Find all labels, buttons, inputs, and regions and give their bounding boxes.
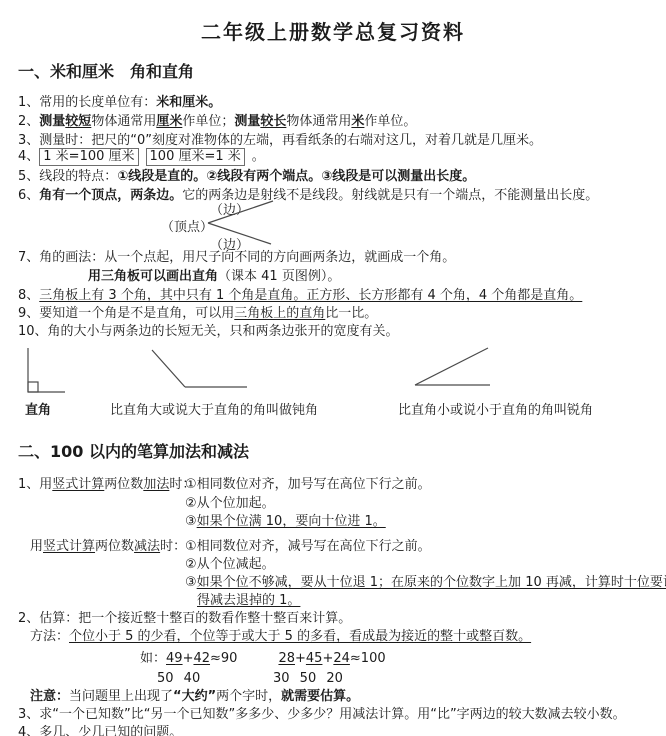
sec2-example: 如：49+42≈9028+45+24≈100 xyxy=(140,651,386,666)
sec2-add-lead: 1、用竖式计算两位数加法时： xyxy=(18,477,195,492)
text-run: ≈90 xyxy=(210,651,237,666)
text-run: （课本 41 页图例）。 xyxy=(218,269,340,284)
text-run-underline: 加法 xyxy=(143,477,169,492)
text-run: 物体通常用 xyxy=(286,114,351,129)
text-run-underline: 个位小于 5 的少看，个位等于或大于 5 的多看，看成最为接近的整十或整百数。 xyxy=(69,629,531,644)
text-run-underline: 较短 xyxy=(65,114,91,129)
text-run-underline: 如果个位不够减，要从十位退 1；在原来的个位数字上加 10 再减，计算时十位要记 xyxy=(197,575,666,590)
text-run-underline: 49 xyxy=(166,651,183,666)
text-run-bold: 测量 xyxy=(39,114,65,129)
sec2-sub-lead: 用竖式计算两位数减法时： xyxy=(30,539,186,554)
section1-heading: 一、米和厘米 角和直角 xyxy=(18,59,194,82)
text-run: 1、用 xyxy=(18,477,52,492)
sec2-sub-step1: ①相同数位对齐，减号写在高位下行之前。 xyxy=(185,539,431,554)
sec2-note: 注意：当问题里上出现了“大约”两个字时，就需要估算。 xyxy=(30,689,359,704)
sec1-item3: 3、测量时：把尺的“0”刻度对准物体的左端，再看纸条的右端对这几，对着几就是几厘… xyxy=(18,133,542,148)
text-run: 6、 xyxy=(18,188,39,203)
sec2-item2: 2、估算：把一个接近整十整百的数看作整十整百来计算。 xyxy=(18,611,351,626)
sec1-item10: 10、角的大小与两条边的长短无关，只和两条边张开的宽度有关。 xyxy=(18,324,399,339)
text-run: 时： xyxy=(160,539,186,554)
text-run: 8、 xyxy=(18,288,39,303)
text-run: ≈100 xyxy=(350,651,386,666)
sec2-add-step2: ②从个位加起。 xyxy=(185,496,275,511)
text-run-bold: 米和厘米。 xyxy=(156,95,221,110)
text-run-underline: 28 xyxy=(278,651,295,666)
text-run-underline: 厘米 xyxy=(156,114,182,129)
text-run: 两位数 xyxy=(95,539,134,554)
text-run: 用 xyxy=(30,539,43,554)
sec2-item3: 3、求“一个已知数”比“另一个已知数”多多少、少多少？用减法计算。用“比”字两边… xyxy=(18,707,626,722)
text-run: ③ xyxy=(185,575,197,590)
text-run-underline: 三角板上有 3 个角，其中只有 1 个角是直角。正方形、长方形都有 4 个角，4… xyxy=(39,288,582,303)
sec2-rounding1: 50 40 xyxy=(157,671,200,686)
text-run: 9、要知道一个角是不是直角，可以用 xyxy=(18,306,234,321)
text-run-bold: “大约” xyxy=(173,689,216,704)
obtuse-angle-label: 比直角大或说大于直角的角叫做钝角 xyxy=(110,399,318,418)
text-run-underline: 竖式计算 xyxy=(43,539,95,554)
text-run-underline: 45 xyxy=(306,651,323,666)
text-run-underline: 三角板上的直角 xyxy=(234,306,325,321)
text-run-underline: 如果个位满 10，要向十位进 1。 xyxy=(197,514,386,529)
text-run: 作单位。 xyxy=(364,114,416,129)
sec1-item2: 2、测量较短物体通常用厘米作单位；测量较长物体通常用米作单位。 xyxy=(18,114,416,129)
text-run-underline: 米 xyxy=(351,114,364,129)
text-run: 两位数 xyxy=(104,477,143,492)
sec1-item7-line1: 7、角的画法：从一个点起，用尺子向不同的方向画两条边，就画成一个角。 xyxy=(18,250,455,265)
text-run-underline: 得减去退掉的 1。 xyxy=(197,593,300,608)
text-run-bold: 用三角板可以画出直角 xyxy=(88,269,218,284)
sec2-method: 方法：个位小于 5 的少看，个位等于或大于 5 的多看，看成最为接近的整十或整百… xyxy=(30,629,531,644)
formula-box-1: 1 米=100 厘米 xyxy=(39,148,138,166)
sec2-rounding2: 30 50 20 xyxy=(273,671,343,686)
text-run: + xyxy=(322,651,333,666)
formula-box-2: 100 厘米=1 米 xyxy=(146,148,245,166)
sec1-item7-line2: 用三角板可以画出直角（课本 41 页图例）。 xyxy=(88,269,340,284)
text-run: 4、 xyxy=(18,149,39,164)
text-run: 2、 xyxy=(18,114,39,129)
text-run-bold: 测量 xyxy=(234,114,260,129)
text-run-underline: 较长 xyxy=(260,114,286,129)
text-run-bold: 注意： xyxy=(30,689,69,704)
text-run: + xyxy=(183,651,194,666)
text-run: ③ xyxy=(185,514,197,529)
text-run-underline: 竖式计算 xyxy=(52,477,104,492)
text-run: 5、线段的特点： xyxy=(18,169,117,184)
sec1-item9: 9、要知道一个角是不是直角，可以用三角板上的直角比一比。 xyxy=(18,306,377,321)
text-run: 当问题里上出现了 xyxy=(69,689,173,704)
text-run-underline: 42 xyxy=(193,651,210,666)
sec1-item6: 6、角有一个顶点，两条边。它的两条边是射线不是线段。射线就是只有一个端点，不能测… xyxy=(18,188,598,203)
text-run: 比一比。 xyxy=(325,306,377,321)
text-run-underline: 减法 xyxy=(134,539,160,554)
right-angle-label: 直角 xyxy=(25,399,51,418)
text-run: 两个字时， xyxy=(216,689,281,704)
text-run: 方法： xyxy=(30,629,69,644)
text-run: + xyxy=(295,651,306,666)
text-run-bold: 就需要估算。 xyxy=(281,689,359,704)
sec2-add-step1: ①相同数位对齐，加号写在高位下行之前。 xyxy=(185,477,431,492)
sec2-sub-step3-line2: 得减去退掉的 1。 xyxy=(197,593,300,608)
sec1-item5: 5、线段的特点：①线段是直的。②线段有两个端点。③线段是可以测量出长度。 xyxy=(18,169,475,184)
text-run: 。 xyxy=(252,149,265,164)
sec1-item1: 1、常用的长度单位有：米和厘米。 xyxy=(18,95,221,110)
sec2-sub-step2: ②从个位减起。 xyxy=(185,557,275,572)
text-run-underline: 24 xyxy=(333,651,350,666)
sec2-item4: 4、多几、少几已知的问题。 xyxy=(18,725,182,736)
sec1-item8: 8、三角板上有 3 个角，其中只有 1 个角是直角。正方形、长方形都有 4 个角… xyxy=(18,288,582,303)
angle-rays-figure xyxy=(200,197,285,249)
text-run: 1、常用的长度单位有： xyxy=(18,95,156,110)
angle-types-figure xyxy=(0,340,666,398)
text-run: 如： xyxy=(140,651,166,666)
document-page: 二年级上册数学总复习资料 一、米和厘米 角和直角 1、常用的长度单位有：米和厘米… xyxy=(0,0,666,736)
document-title: 二年级上册数学总复习资料 xyxy=(0,16,666,45)
text-run-bold: ①线段是直的。②线段有两个端点。③线段是可以测量出长度。 xyxy=(117,169,475,184)
sec2-add-step3: ③如果个位满 10，要向十位进 1。 xyxy=(185,514,386,529)
text-run: 物体通常用 xyxy=(91,114,156,129)
sec1-item4: 4、1 米=100 厘米100 厘米=1 米。 xyxy=(18,148,265,166)
acute-angle-label: 比直角小或说小于直角的角叫锐角 xyxy=(398,399,593,418)
section2-heading: 二、100 以内的笔算加法和减法 xyxy=(18,439,249,462)
text-run-bold: 角有一个顶点，两条边。 xyxy=(39,188,182,203)
sec2-sub-step3-line1: ③如果个位不够减，要从十位退 1；在原来的个位数字上加 10 再减，计算时十位要… xyxy=(185,575,666,590)
text-run: 作单位； xyxy=(182,114,234,129)
